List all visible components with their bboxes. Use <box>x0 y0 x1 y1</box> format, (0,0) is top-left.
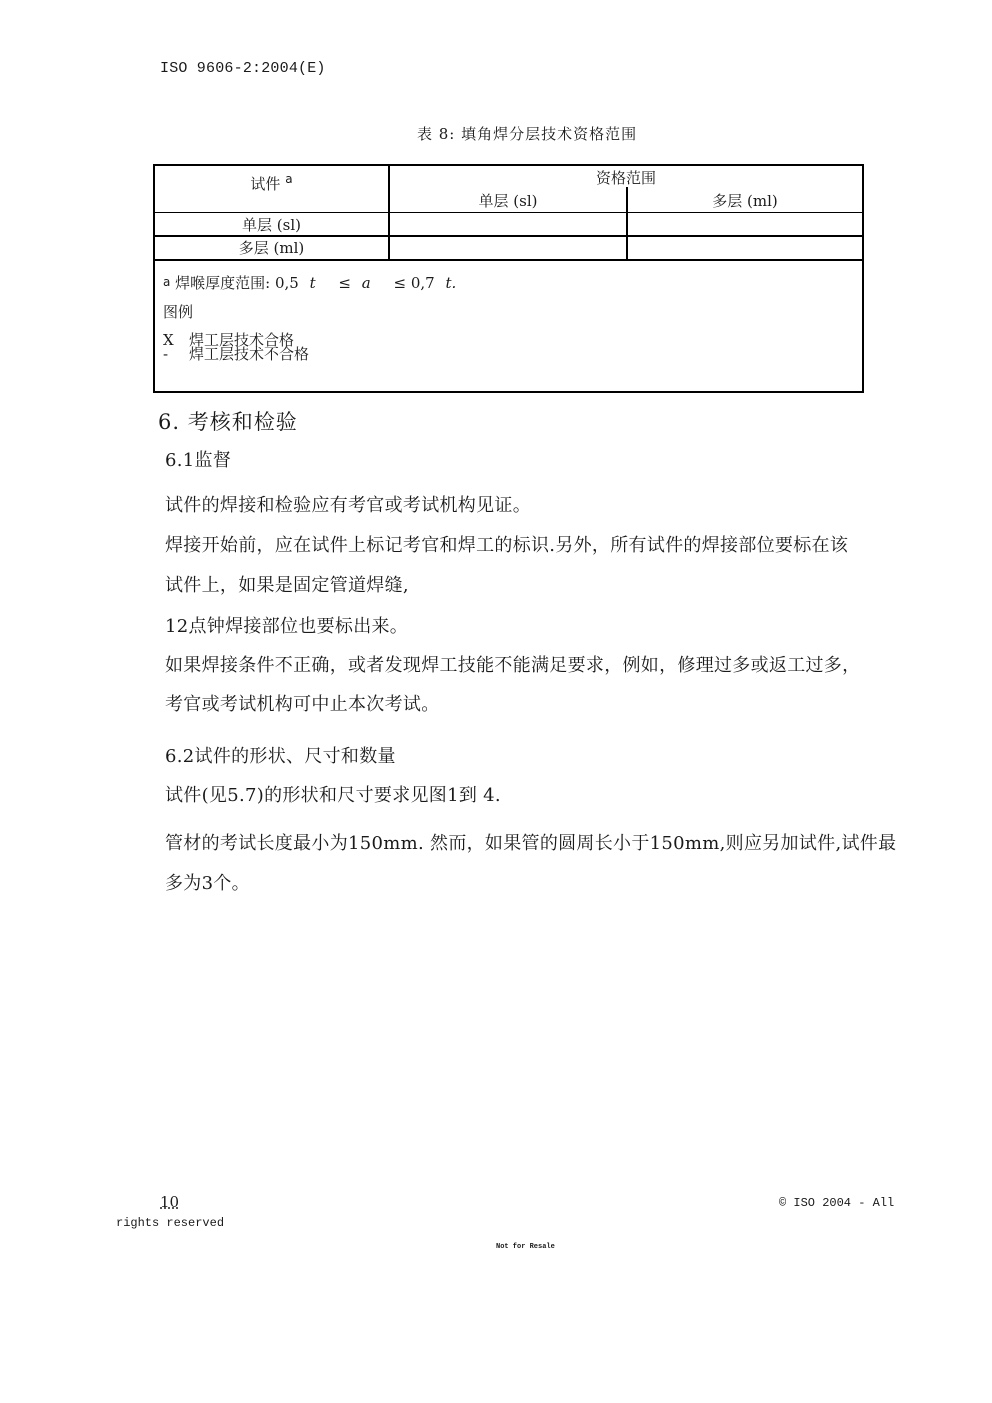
page-number: 10 <box>160 1193 179 1211</box>
legend-symbol-dash: - <box>163 345 189 363</box>
footnote-le1: ≤ <box>338 274 351 292</box>
header-qualification-range: 资格范围 <box>390 167 862 188</box>
footnote-le2: ≤ 0,7 <box>394 274 435 292</box>
document-id-header: ISO 9606-2:2004(E) <box>160 60 326 77</box>
paragraph: 试件(见5.7)的形状和尺寸要求见图1到 4. <box>165 781 501 807</box>
footnote-text: 焊喉厚度范围: 0,5 <box>175 274 299 292</box>
table-border-bottom <box>153 391 864 393</box>
table-divider-header <box>153 212 864 213</box>
qualification-range-table: 试件 a 资格范围 单层 (sl) 多层 (ml) 单层 (sl) 多层 (ml… <box>153 164 864 393</box>
paragraph: 多为3个。 <box>165 869 250 895</box>
legend-text-not-qualified: 焊工层技术不合格 <box>189 345 309 363</box>
table-caption: 表 8: 填角焊分层技术资格范围 <box>417 123 637 144</box>
section-6-1-title: 6.1监督 <box>165 446 231 472</box>
paragraph: 考官或考试机构可中止本次考试。 <box>165 690 440 716</box>
row-label-single-layer: 单层 (sl) <box>155 214 388 235</box>
table-border-right <box>862 164 864 393</box>
paragraph: 试件上，如果是固定管道焊缝, <box>165 571 409 597</box>
subheader-multi-layer: 多层 (ml) <box>628 190 862 211</box>
rights-reserved: rights reserved <box>116 1216 224 1230</box>
legend-title: 图例 <box>163 301 193 322</box>
copyright-notice: © ISO 2004 - All <box>779 1196 894 1210</box>
legend-item-not-qualified: -焊工层技术不合格 <box>163 343 309 364</box>
footnote-marker-a: a <box>285 172 292 186</box>
paragraph: 焊接开始前，应在试件上标记考官和焊工的标识.另外，所有试件的焊接部位要标在该 <box>165 531 848 557</box>
paragraph: 试件的焊接和检验应有考官或考试机构见证。 <box>165 491 531 517</box>
section-6-title: 6. 考核和检验 <box>158 406 298 436</box>
table-divider-row2 <box>153 259 864 261</box>
footnote-a: a <box>362 274 371 292</box>
not-for-resale-notice: Not for Resale <box>496 1243 555 1251</box>
paragraph: 12点钟焊接部位也要标出来。 <box>165 612 408 638</box>
table-border-left <box>153 164 155 393</box>
row-label-multi-layer: 多层 (ml) <box>155 237 388 258</box>
header-specimen-label: 试件 <box>250 175 280 193</box>
footnote-t2: t. <box>446 274 457 292</box>
footnote-marker: a <box>163 275 170 289</box>
subheader-single-layer: 单层 (sl) <box>390 190 626 211</box>
header-specimen: 试件 a <box>155 172 388 194</box>
paragraph: 如果焊接条件不正确，或者发现焊工技能不能满足要求，例如，修理过多或返工过多， <box>165 651 860 677</box>
paragraph: 管材的考试长度最小为150mm. 然而，如果管的圆周长小于150mm,则应另加试… <box>165 829 896 855</box>
section-6-2-title: 6.2试件的形状、尺寸和数量 <box>165 742 396 768</box>
table-border-top <box>153 164 864 166</box>
table-footnote: a 焊喉厚度范围: 0,5 t ≤ a ≤ 0,7 t. <box>163 272 456 293</box>
footnote-t1: t <box>310 274 316 292</box>
